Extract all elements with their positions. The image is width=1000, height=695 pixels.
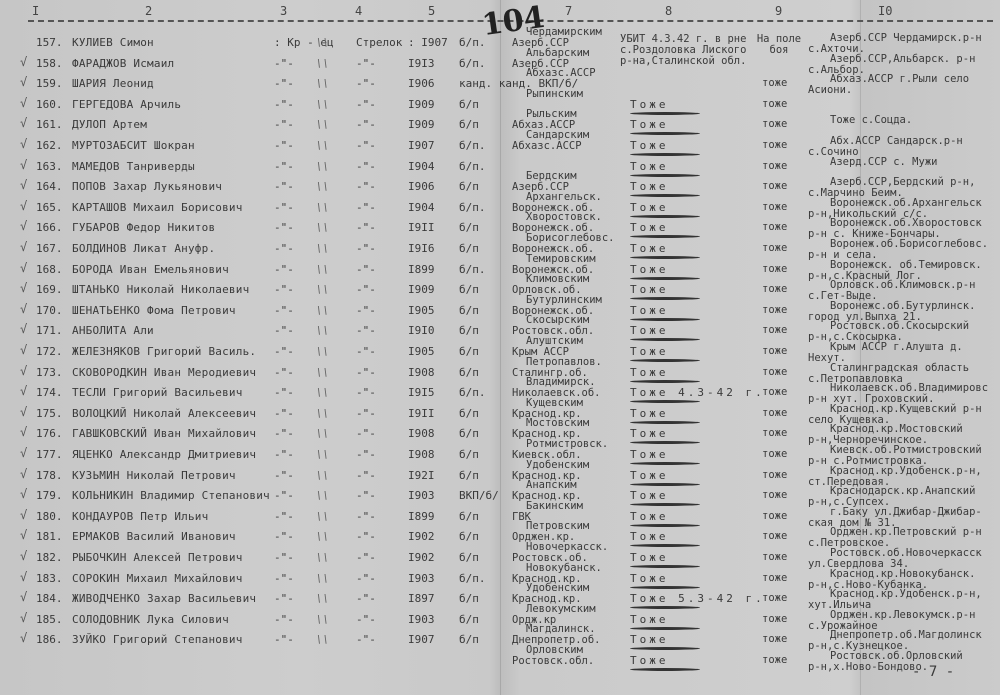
- row-number: 184.: [36, 592, 63, 605]
- person-name: ЕРМАКОВ Василий Иванович: [72, 530, 236, 543]
- rank: -"-: [274, 530, 294, 543]
- handwritten-mark: \\: [316, 139, 329, 152]
- underline-mark: [630, 359, 700, 362]
- row-number: 179.: [36, 489, 63, 502]
- burial-place: тоже: [762, 304, 787, 316]
- handwritten-mark: \\: [316, 469, 329, 482]
- checkmark-icon: √: [20, 158, 27, 172]
- address-line-1: Сталинградская область: [808, 363, 969, 374]
- rank: -"-: [274, 180, 294, 193]
- party-membership: б/п: [459, 530, 479, 543]
- burial-place: тоже: [762, 551, 787, 563]
- checkmark-icon: √: [20, 137, 27, 151]
- fate-text: Тоже: [630, 98, 669, 111]
- person-name: МУРТОЗАБСИТ Шокран: [72, 139, 195, 152]
- rank: -"-: [274, 98, 294, 111]
- conscription-office: Владимирск.Николаевск.об.: [512, 377, 601, 399]
- row-number: 161.: [36, 118, 63, 131]
- person-name: ЖИВОДЧЕНКО Захар Васильевич: [72, 592, 256, 605]
- checkmark-icon: √: [20, 570, 27, 584]
- handwritten-mark: \\: [316, 530, 329, 543]
- page-fold: [500, 0, 501, 695]
- conscription-office: АнапскимКраснод.кр.: [512, 480, 582, 502]
- fate-text: Тоже: [630, 633, 669, 646]
- fate-cell: Тоже: [630, 304, 669, 317]
- underline-mark: [630, 441, 700, 444]
- burial-place: тоже: [762, 221, 787, 233]
- home-address: Краснод.кр.Удобенск.р-н,хут.Ильича: [808, 589, 982, 611]
- checkmark-icon: √: [20, 178, 27, 192]
- row-number: 172.: [36, 345, 63, 358]
- person-name: БОРОДА Иван Емельянович: [72, 263, 229, 276]
- address-line-2: Асиони.: [808, 85, 969, 96]
- checkmark-icon: √: [20, 487, 27, 501]
- birth-year: I9I3: [408, 57, 435, 70]
- handwritten-mark: \\: [316, 57, 329, 70]
- fate-text: Тоже: [630, 469, 669, 482]
- checkmark-icon: √: [20, 75, 27, 89]
- office-district: Темировским: [512, 254, 596, 265]
- row-number: 185.: [36, 613, 63, 626]
- fate-text: Тоже: [630, 345, 669, 358]
- checkmark-icon: √: [20, 116, 27, 130]
- home-address: Тоже с.Соцда.: [808, 115, 912, 126]
- fate-text: Тоже: [630, 180, 669, 193]
- handwritten-mark: \\: [316, 592, 329, 605]
- home-address: Николаевск.об.Владимировср-н хут. Грохов…: [808, 383, 988, 405]
- conscription-office: КлимовскимОрловск.об.: [512, 274, 589, 296]
- rank: -"-: [274, 551, 294, 564]
- col-header-9: 9: [775, 4, 782, 18]
- burial-place: тоже: [762, 160, 787, 172]
- home-address: Краснодарск.кр.Анапскийр-н,с.Супсех.: [808, 486, 975, 508]
- fate-text: Тоже: [630, 139, 669, 152]
- handwritten-mark: \\: [316, 510, 329, 523]
- birth-year: I908: [408, 366, 435, 379]
- rank: -"-: [274, 324, 294, 337]
- col-header-3: 3: [280, 4, 287, 18]
- home-address: Азерб.ССР Чердамирск.р-нс.Ахточи.: [808, 33, 982, 55]
- party-membership: б/п: [459, 592, 479, 605]
- home-address: Орловск.об.Климовск.р-нс.Гет-Выде.: [808, 280, 975, 302]
- fate-cell: Тоже: [630, 98, 669, 111]
- person-name: РЫБОЧКИН Алексей Петрович: [72, 551, 243, 564]
- handwritten-mark: \\: [316, 407, 329, 420]
- conscription-office: Ротмистровск.Киевск.обл.: [512, 439, 608, 461]
- fate-cell: Тоже: [630, 530, 669, 543]
- underline-mark: [630, 277, 700, 280]
- position: -"-: [356, 242, 376, 255]
- conscription-office: Рыпинским: [512, 89, 583, 100]
- party-membership: б/п: [459, 221, 479, 234]
- fate-cell: Тоже: [630, 180, 669, 193]
- handwritten-mark: \\: [316, 448, 329, 461]
- burial-place: тоже: [762, 407, 787, 419]
- home-address: Воронеж.об.Борисоглебовс.р-н и села.: [808, 239, 988, 261]
- party-membership: б/п.: [459, 201, 486, 214]
- rank: -"-: [274, 77, 294, 90]
- birth-year: I92I: [408, 469, 435, 482]
- birth-year: I908: [408, 427, 435, 440]
- birth-year: I902: [408, 530, 435, 543]
- person-name: ГЕРГЕДОВА Арчиль: [72, 98, 181, 111]
- person-name: ДУЛОП Артем: [72, 118, 147, 131]
- row-number: 176.: [36, 427, 63, 440]
- party-membership: б/п.: [459, 139, 486, 152]
- row-number: 182.: [36, 551, 63, 564]
- underline-mark: [630, 318, 700, 321]
- checkmark-icon: √: [20, 55, 27, 69]
- handwritten-mark: \\: [316, 304, 329, 317]
- col-header-8: 8: [665, 4, 672, 18]
- fate-text: Тоже: [630, 201, 669, 214]
- person-name: КОЛЬНИКИН Владимир Степанович: [72, 489, 270, 502]
- rank: -"-: [274, 613, 294, 626]
- party-membership: б/п: [459, 345, 479, 358]
- person-name: ШЕНАТЬЕНКО Фома Петрович: [72, 304, 236, 317]
- handwritten-mark: \\: [316, 386, 329, 399]
- fate-cell: Тоже: [630, 407, 669, 420]
- fate-cell: Тоже: [630, 345, 669, 358]
- office-region: Ростовск.обл.: [512, 656, 594, 667]
- birth-year: I897: [408, 592, 435, 605]
- party-membership: б/п: [459, 283, 479, 296]
- position: -"-: [356, 304, 376, 317]
- fate-text: Тоже 4.3-42 г.: [630, 386, 765, 399]
- position: -"-: [356, 386, 376, 399]
- handwritten-mark: \\: [316, 263, 329, 276]
- burial-place: тоже: [762, 530, 787, 542]
- fate-cell: Тоже: [630, 263, 669, 276]
- fate-cell: Тоже: [630, 613, 669, 626]
- home-address: Абхаз.АССР г.Рыли селоАсиони.: [808, 74, 969, 96]
- rank: -"-: [274, 572, 294, 585]
- col-header-2: 2: [145, 4, 152, 18]
- row-number: 177.: [36, 448, 63, 461]
- underline-mark: [630, 647, 700, 650]
- row-number: 168.: [36, 263, 63, 276]
- person-name: ВОЛОЦКИЙ Николай Алексеевич: [72, 407, 256, 420]
- person-name: ГАВШКОВСКИЙ Иван Михайлович: [72, 427, 256, 440]
- birth-year: I9I6: [408, 242, 435, 255]
- party-membership: б/п: [459, 469, 479, 482]
- checkmark-icon: √: [20, 611, 27, 625]
- office-district: Альбарским: [512, 48, 589, 59]
- birth-year: I902: [408, 551, 435, 564]
- underline-mark: [630, 462, 700, 465]
- underline-mark: [630, 544, 700, 547]
- checkmark-icon: √: [20, 549, 27, 563]
- checkmark-icon: √: [20, 590, 27, 604]
- position: -"-: [356, 77, 376, 90]
- fate-text: Тоже: [630, 654, 669, 667]
- checkmark-icon: √: [20, 261, 27, 275]
- checkmark-icon: √: [20, 96, 27, 110]
- address-line-1: Краснод.кр.Удобенск.р-н,: [808, 466, 982, 477]
- party-membership: б/п: [459, 304, 479, 317]
- fate-text: Тоже: [630, 283, 669, 296]
- party-membership: б/п.: [459, 572, 486, 585]
- handwritten-mark: \\: [316, 613, 329, 626]
- fate-cell: Тоже: [630, 283, 669, 296]
- birth-year: I906: [408, 180, 435, 193]
- checkmark-icon: √: [20, 322, 27, 336]
- position: -"-: [356, 489, 376, 502]
- position: -"-: [356, 510, 376, 523]
- rank: -"-: [274, 118, 294, 131]
- checkmark-icon: √: [20, 343, 27, 357]
- handwritten-mark: \\: [316, 633, 329, 646]
- person-name: ЗУЙКО Григорий Степанович: [72, 633, 243, 646]
- handwritten-mark: \\: [316, 180, 329, 193]
- birth-year: I9II: [408, 407, 435, 420]
- birth-year: I899: [408, 510, 435, 523]
- underline-mark: [630, 132, 700, 135]
- person-name: МАМЕДОВ Танриверды: [72, 160, 195, 173]
- position: -"-: [356, 201, 376, 214]
- birth-year: I905: [408, 345, 435, 358]
- conscription-office: УдобенскимКраснод.кр.: [512, 583, 589, 605]
- person-name: ЯЦЕНКО Александр Дмитриевич: [72, 448, 256, 461]
- position: Стрелок: [356, 36, 402, 49]
- fate-cell: Тоже: [630, 510, 669, 523]
- underline-mark: [630, 400, 700, 403]
- fate-cell: Тоже: [630, 572, 669, 585]
- underline-mark: [630, 338, 700, 341]
- birth-year: I904: [408, 160, 435, 173]
- position: -"-: [356, 427, 376, 440]
- fate-text: Тоже: [630, 489, 669, 502]
- conscription-office: ОрловскимРостовск.обл.: [512, 645, 594, 667]
- checkmark-icon: √: [20, 384, 27, 398]
- party-membership: б/п: [459, 98, 479, 111]
- underline-mark: [630, 112, 700, 115]
- party-membership: б/п.: [459, 36, 486, 49]
- row-number: 181.: [36, 530, 63, 543]
- office-region: Абхазс.АССР: [512, 141, 589, 152]
- underline-mark: [630, 524, 700, 527]
- person-name: СОРОКИН Михаил Михайлович: [72, 572, 243, 585]
- birth-year: : I907: [408, 36, 448, 49]
- birth-year: I899: [408, 263, 435, 276]
- checkmark-icon: √: [20, 219, 27, 233]
- position: -"-: [356, 118, 376, 131]
- burial-place: тоже: [762, 510, 787, 522]
- rank: -"-: [274, 139, 294, 152]
- position: -"-: [356, 613, 376, 626]
- rank: -"-: [274, 283, 294, 296]
- birth-year: I9II: [408, 221, 435, 234]
- checkmark-icon: √: [20, 467, 27, 481]
- checkmark-icon: √: [20, 446, 27, 460]
- person-name: КУЗЬМИН Николай Петрович: [72, 469, 236, 482]
- burial-place: тоже: [762, 469, 787, 481]
- office-district: Петропавлов.: [512, 357, 602, 368]
- col-header-5: 5: [428, 4, 435, 18]
- underline-mark: [630, 421, 700, 424]
- rank: -"-: [274, 242, 294, 255]
- party-membership: б/п: [459, 551, 479, 564]
- row-number: 166.: [36, 221, 63, 234]
- fate-cell: Тоже: [630, 489, 669, 502]
- fate-text: Тоже: [630, 510, 669, 523]
- checkmark-icon: √: [20, 199, 27, 213]
- handwritten-mark: \\: [316, 118, 329, 131]
- fate-text: Тоже: [630, 118, 669, 131]
- rank: -"-: [274, 221, 294, 234]
- handwritten-mark: \\: [316, 242, 329, 255]
- row-number: 157.: [36, 36, 63, 49]
- checkmark-icon: √: [20, 631, 27, 645]
- birth-year: I903: [408, 572, 435, 585]
- birth-year: I909: [408, 283, 435, 296]
- position: -"-: [356, 324, 376, 337]
- row-number: 183.: [36, 572, 63, 585]
- person-name: ШТАНЬКО Николай Николаевич: [72, 283, 249, 296]
- fate-text: Тоже: [630, 263, 669, 276]
- person-name: КУЛИЕВ Симон: [72, 36, 154, 49]
- person-name: ТЕСЛИ Григорий Васильевич: [72, 386, 243, 399]
- position: -"-: [356, 530, 376, 543]
- position: -"-: [356, 407, 376, 420]
- conscription-office: АлуштскимКрым АССР: [512, 336, 583, 358]
- burial-place: тоже: [762, 98, 787, 110]
- row-number: 186.: [36, 633, 63, 646]
- person-name: СКОВОРОДКИН Иван Меродиевич: [72, 366, 256, 379]
- burial-place: тоже: [762, 263, 787, 275]
- fate-cell: Тоже: [630, 324, 669, 337]
- burial-place: тоже: [762, 283, 787, 295]
- fate-text: Тоже 5.3-42 г.: [630, 592, 765, 605]
- underline-mark: [630, 380, 700, 383]
- underline-mark: [630, 565, 700, 568]
- rank: -"-: [274, 469, 294, 482]
- fate-cell: Тоже: [630, 366, 669, 379]
- position: -"-: [356, 633, 376, 646]
- party-membership: б/п: [459, 633, 479, 646]
- position: -"-: [356, 448, 376, 461]
- person-name: БОЛДИНОВ Ликат Ануфр.: [72, 242, 215, 255]
- row-number: 162.: [36, 139, 63, 152]
- person-name: ФАРАДЖОВ Исмаил: [72, 57, 174, 70]
- birth-year: I905: [408, 304, 435, 317]
- underline-mark: [630, 297, 700, 300]
- underline-mark: [630, 503, 700, 506]
- handwritten-mark: \\: [316, 160, 329, 173]
- handwritten-mark: \\: [316, 489, 329, 502]
- home-address: Азерд.ССР с. Мужи: [808, 157, 937, 168]
- fate-cell: Тоже: [630, 551, 669, 564]
- party-membership: б/п: [459, 510, 479, 523]
- party-membership: б/п: [459, 324, 479, 337]
- fate-cell: Тоже 5.3-42 г.: [630, 592, 765, 605]
- underline-mark: [630, 483, 700, 486]
- rank: -"-: [274, 489, 294, 502]
- handwritten-mark: \\: [316, 366, 329, 379]
- underline-mark: [630, 586, 700, 589]
- position: -"-: [356, 221, 376, 234]
- rank: -"-: [274, 345, 294, 358]
- burial-place: тоже: [762, 242, 787, 254]
- fate-text: Тоже: [630, 427, 669, 440]
- fate-text: Тоже: [630, 448, 669, 461]
- row-number: 180.: [36, 510, 63, 523]
- fate-cell: Тоже: [630, 633, 669, 646]
- fate-cell: Тоже: [630, 427, 669, 440]
- checkmark-icon: √: [20, 425, 27, 439]
- position: -"-: [356, 345, 376, 358]
- burial-place: тоже: [762, 201, 787, 213]
- handwritten-mark: \\: [316, 221, 329, 234]
- conscription-office: ЧердамирскимАзерб.ССР: [512, 27, 602, 49]
- burial-place: тоже: [762, 345, 787, 357]
- position: -"-: [356, 139, 376, 152]
- person-name: ПОПОВ Захар Лукьянович: [72, 180, 222, 193]
- page-number: - 7 -: [912, 664, 954, 680]
- position: -"-: [356, 551, 376, 564]
- birth-year: I903: [408, 613, 435, 626]
- row-number: 164.: [36, 180, 63, 193]
- conscription-office: Новочеркасск.Ростовск.об.: [512, 542, 608, 564]
- fate-text: Тоже: [630, 324, 669, 337]
- rank: -"-: [274, 386, 294, 399]
- handwritten-mark: \\: [316, 77, 329, 90]
- col-header-1: I: [32, 4, 39, 18]
- burial-place: тоже: [762, 118, 787, 130]
- birth-year: I909: [408, 98, 435, 111]
- col-header-10: I0: [878, 4, 892, 18]
- checkmark-icon: √: [20, 281, 27, 295]
- row-number: 163.: [36, 160, 63, 173]
- underline-mark: [630, 668, 700, 671]
- underline-mark: [630, 153, 700, 156]
- rank: -"-: [274, 366, 294, 379]
- person-name: СОЛОДОВНИК Лука Силович: [72, 613, 229, 626]
- rank: -"-: [274, 510, 294, 523]
- rank: -"-: [274, 201, 294, 214]
- birth-year: I908: [408, 448, 435, 461]
- burial-place: тоже: [762, 77, 787, 89]
- party-membership: б/п.: [459, 57, 486, 70]
- position: -"-: [356, 572, 376, 585]
- fate-cell: Тоже: [630, 448, 669, 461]
- burial-place: тоже: [762, 448, 787, 460]
- rank: -"-: [274, 263, 294, 276]
- burial-place: тоже: [762, 572, 787, 584]
- rank: -"-: [274, 57, 294, 70]
- party-membership: ВКП/б/: [459, 489, 499, 502]
- party-membership: б/п: [459, 613, 479, 626]
- party-membership: б/п: [459, 366, 479, 379]
- handwritten-mark: \\: [316, 283, 329, 296]
- office-district: Рыпинским: [512, 89, 583, 100]
- handwritten-mark: \\: [316, 551, 329, 564]
- person-name: КОНДАУРОВ Петр Ильич: [72, 510, 208, 523]
- office-district: Удобенским: [512, 460, 589, 471]
- party-membership: б/п: [459, 180, 479, 193]
- fate-cell: Тоже: [630, 221, 669, 234]
- row-number: 175.: [36, 407, 63, 420]
- position: -"-: [356, 366, 376, 379]
- underline-mark: [630, 215, 700, 218]
- fate-text: Тоже: [630, 242, 669, 255]
- row-number: 174.: [36, 386, 63, 399]
- office-district: Новокубанск.: [512, 563, 602, 574]
- fate-cell: Тоже: [630, 242, 669, 255]
- burial-place: На поле боя: [755, 34, 803, 56]
- position: -"-: [356, 263, 376, 276]
- row-number: 171.: [36, 324, 63, 337]
